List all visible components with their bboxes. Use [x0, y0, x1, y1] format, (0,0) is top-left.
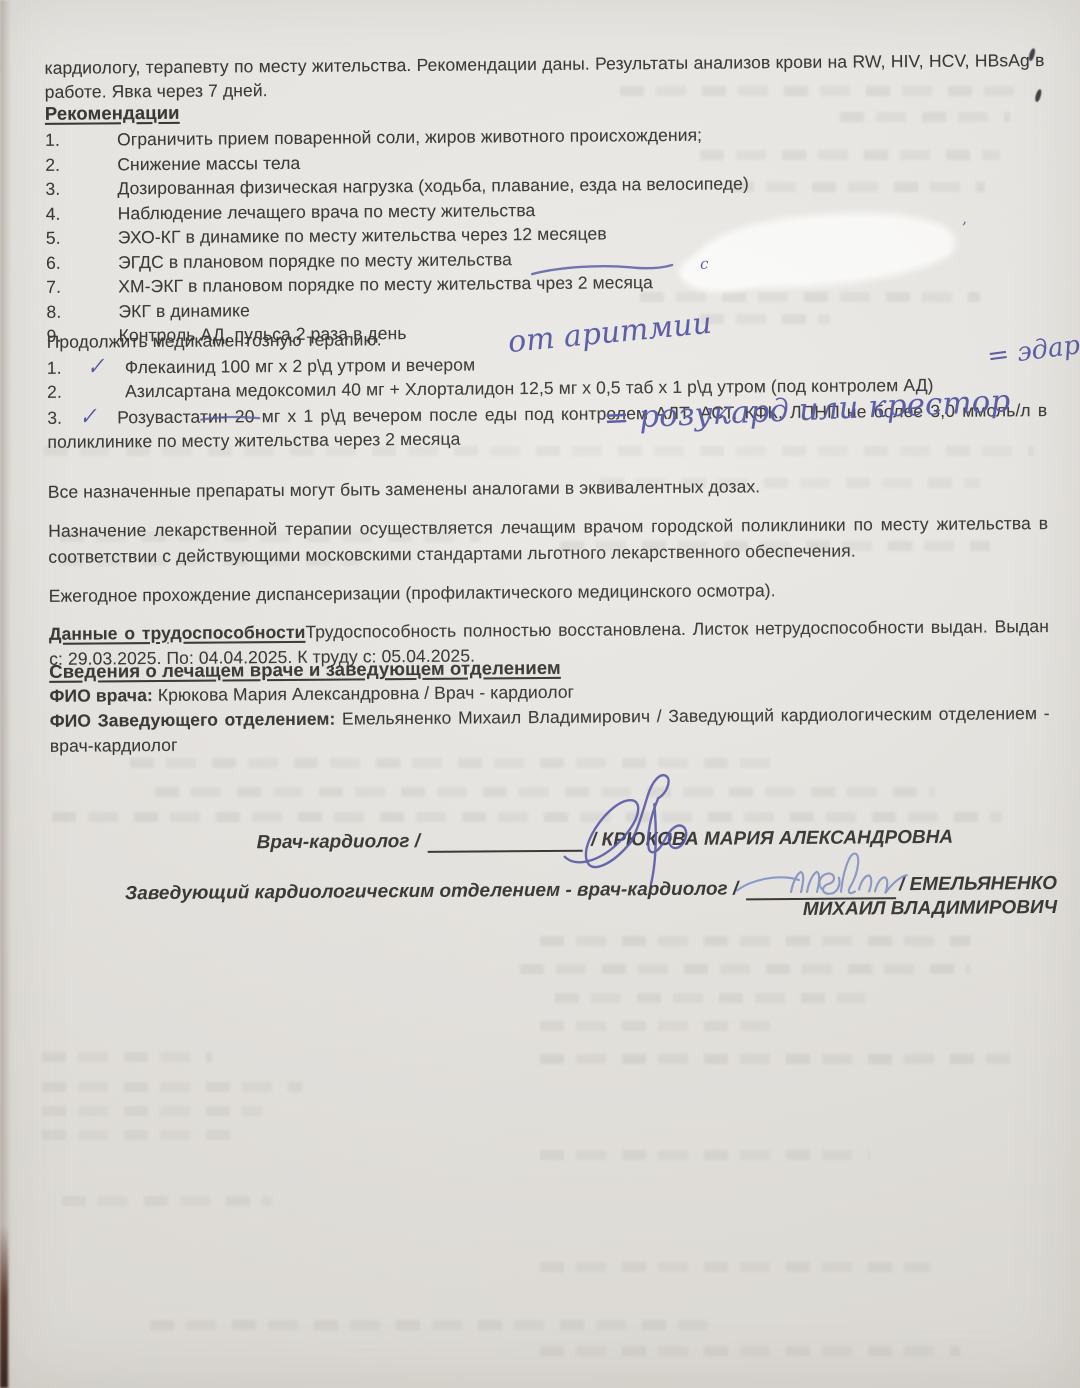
ink-underline-dose — [199, 414, 261, 422]
scanned-document-page: кардиологу, терапевту по месту жительств… — [0, 0, 1080, 1388]
doctor-fio-label: ФИО врача: — [49, 685, 153, 706]
item-number: 2. — [45, 152, 117, 177]
ink-underline — [530, 261, 675, 278]
item-number: 2. — [47, 380, 87, 405]
checkmark-ink-icon: ✓ — [87, 352, 105, 380]
scan-edge-dark-corner — [0, 1225, 8, 1388]
checkmark-ink-icon: ✓ — [79, 402, 97, 430]
item-text: Флекаинид 100 мг х 2 р\д утром и вечером — [125, 354, 475, 377]
item-text: Снижение массы тела — [117, 150, 300, 176]
item-number: 7. — [46, 274, 118, 299]
document-content: кардиологу, терапевту по месту жительств… — [0, 0, 1080, 1388]
item-number: 6. — [46, 250, 118, 275]
dispensary-note: Ежегодное прохождение диспансеризации (п… — [49, 576, 1049, 608]
prescribing-note: Назначение лекарственной терапии осущест… — [48, 510, 1048, 570]
doctor-signature-ink — [546, 764, 717, 893]
item-text: ЭГДС в плановом порядке по месту жительс… — [118, 247, 512, 275]
item-text: Ограничить прием поваренной соли, жиров … — [117, 123, 702, 152]
item-number: 1. — [45, 127, 117, 152]
doctor-signature-label: Врач-кардиолог / — [257, 831, 421, 854]
item-number: 3. — [47, 405, 79, 430]
head-signature-ink — [733, 845, 918, 904]
item-text: ЭХО-КГ в динамике по месту жительства че… — [118, 221, 607, 249]
item-number: 1. — [47, 355, 87, 380]
item-text: Наблюдение лечащего врача по месту жител… — [118, 198, 536, 226]
item-number: 4. — [46, 201, 118, 226]
item-number: 8. — [46, 299, 118, 324]
work-capacity-heading: Данные о трудоспособности — [49, 621, 306, 643]
item-number: 5. — [46, 225, 118, 250]
item-text: ЭКГ в динамике — [118, 298, 250, 324]
ink-speck: c — [700, 255, 709, 273]
scan-edge-shadow — [0, 0, 11, 1388]
item-number: 3. — [45, 176, 117, 201]
analogs-note: Все назначенные препараты могут быть зам… — [48, 472, 1048, 504]
ink-speck: ’ — [962, 219, 967, 237]
doctor-fio-value: Крюкова Мария Александровна / Врач - кар… — [158, 682, 574, 705]
head-fio-label: ФИО Заведующего отделением: — [50, 709, 336, 731]
head-fio-line: ФИО Заведующего отделением: Емельяненко … — [50, 701, 1050, 759]
item-text: Дозированная физическая нагрузка (ходьба… — [117, 171, 749, 200]
